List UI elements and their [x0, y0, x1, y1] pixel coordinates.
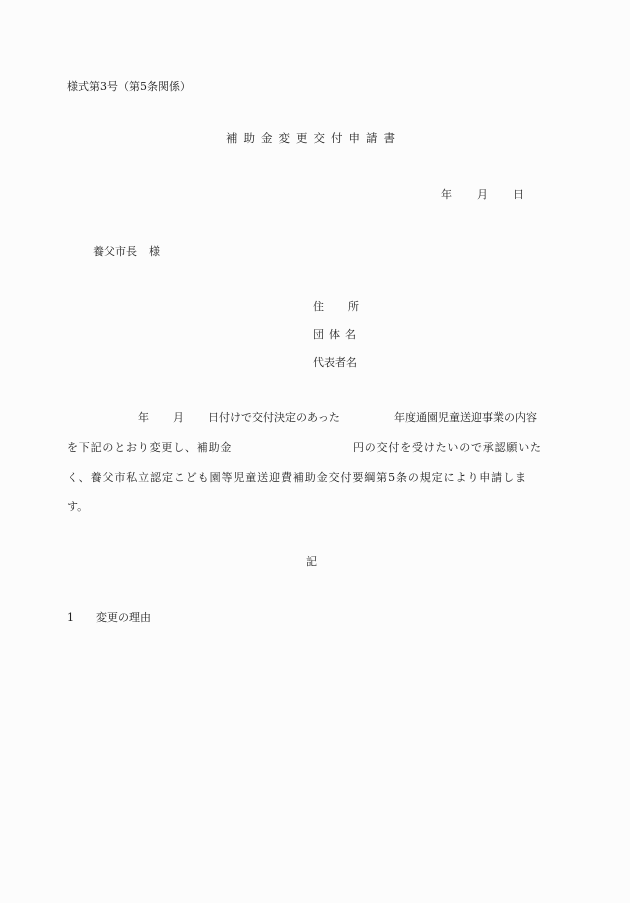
body-line1-text-a: 日付けで交付決定のあった — [208, 412, 340, 423]
date-month-label: 月 — [477, 189, 488, 200]
applicant-group-name-label: 団体名 — [313, 329, 361, 340]
document-title: 補助金変更交付申請書 — [226, 133, 401, 145]
applicant-address-label-2: 所 — [348, 301, 359, 312]
body-line3-text: く、養父市私立認定こども園等児童送迎費補助金交付要綱第5条の規定により申請しま — [67, 472, 527, 483]
addressee-name: 養父市長 — [93, 246, 137, 257]
body-line2-text-a: を下記のとおり変更し、補助金 — [67, 442, 232, 453]
addressee-honorific: 様 — [149, 246, 160, 257]
ki-heading: 記 — [306, 556, 317, 567]
form-number: 様式第3号（第5条関係） — [67, 81, 191, 92]
body-line1-text-b: 年度通園児童送迎事業の内容 — [394, 412, 537, 423]
item-label: 変更の理由 — [96, 612, 151, 623]
body-year-label: 年 — [138, 412, 149, 423]
item-number: 1 — [67, 612, 74, 623]
body-line4-text: す。 — [67, 501, 88, 512]
applicant-address-label: 住 — [313, 301, 324, 312]
applicant-representative-label: 代表者名 — [313, 357, 357, 368]
body-month-label: 月 — [173, 412, 184, 423]
body-line2-text-b: 円の交付を受けたいので承認願いた — [353, 442, 542, 453]
date-year-label: 年 — [441, 189, 452, 200]
date-day-label: 日 — [513, 189, 524, 200]
